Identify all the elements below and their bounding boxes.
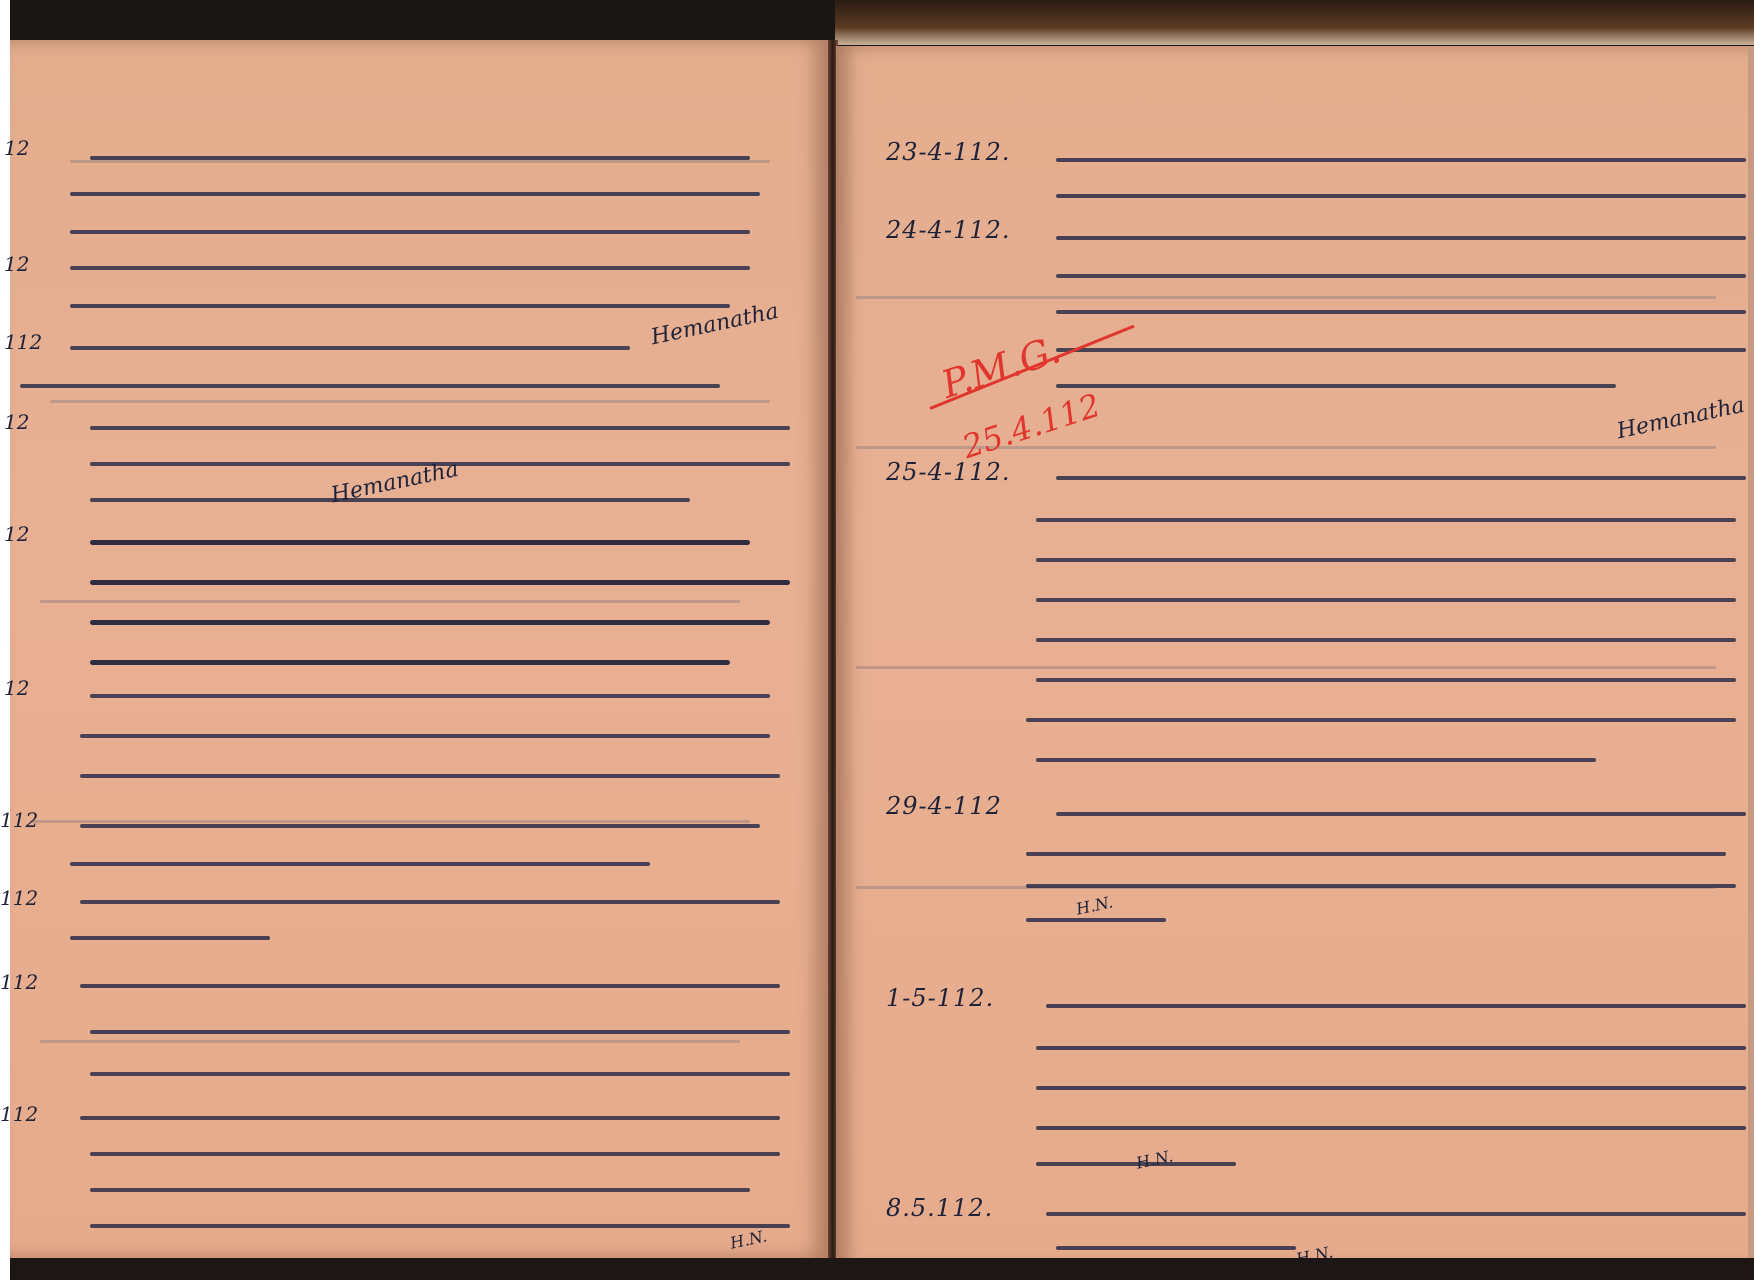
handwritten-line <box>80 774 780 778</box>
margin-mark: 12 <box>4 252 29 276</box>
handwritten-line <box>1036 518 1736 522</box>
handwritten-line <box>1046 1212 1746 1216</box>
entry-date: 24-4-112. <box>886 216 1010 244</box>
handwritten-line <box>1026 918 1166 922</box>
handwritten-line <box>1056 812 1746 816</box>
entry-date: 29-4-112 <box>886 792 1002 820</box>
margin-mark: 112 <box>0 886 38 910</box>
signature: Hemanatha <box>1615 393 1747 444</box>
page-edge <box>1748 46 1754 1268</box>
handwritten-line <box>80 900 780 904</box>
red-pencil-annotation: P.M.G. 25.4.112 <box>930 345 1160 475</box>
handwritten-line <box>1036 758 1596 762</box>
handwritten-line <box>90 498 690 502</box>
handwritten-line <box>90 1224 790 1228</box>
handwritten-line <box>70 230 750 234</box>
handwritten-line <box>80 734 770 738</box>
handwritten-line <box>1026 852 1726 856</box>
bleed-through-line <box>40 1040 740 1043</box>
handwritten-line <box>70 936 270 940</box>
handwritten-line <box>90 580 790 585</box>
handwritten-line <box>90 540 750 545</box>
handwritten-line <box>1056 1246 1296 1250</box>
handwritten-line <box>90 1152 780 1156</box>
handwritten-line <box>1036 1126 1746 1130</box>
handwritten-line <box>1026 884 1736 888</box>
margin-mark: 12 <box>4 522 29 546</box>
handwritten-line <box>1056 274 1746 278</box>
margin-mark: 112 <box>0 808 38 832</box>
handwritten-line <box>70 192 760 196</box>
handwritten-line <box>1056 476 1746 480</box>
handwritten-line <box>90 660 730 665</box>
bleed-through-line <box>50 400 770 403</box>
handwritten-line <box>90 694 770 698</box>
handwritten-line <box>1046 1004 1746 1008</box>
bleed-through-line <box>30 820 750 823</box>
handwritten-line <box>70 862 650 866</box>
handwritten-line <box>20 384 720 388</box>
margin-mark: 112 <box>0 1102 38 1126</box>
bleed-through-line <box>856 666 1716 669</box>
entry-date: 23-4-112. <box>886 138 1010 166</box>
handwritten-line <box>90 1188 750 1192</box>
book-top-edge <box>835 0 1754 45</box>
initials: H.N. <box>728 1226 768 1252</box>
bleed-through-line <box>40 600 740 603</box>
handwritten-line <box>90 620 770 625</box>
handwritten-line <box>1056 194 1746 198</box>
initials: H.N. <box>1134 1146 1174 1172</box>
handwritten-line <box>1036 638 1736 642</box>
initials: H.N. <box>1074 892 1114 918</box>
left-page: 12 12 112 Hemanatha 12 Hemanatha 12 12 1… <box>10 40 830 1258</box>
right-page: 23-4-112. 24-4-112. Hemanatha 25-4-112. … <box>836 46 1754 1268</box>
handwritten-line <box>1056 310 1746 314</box>
handwritten-line <box>1036 598 1736 602</box>
handwritten-line <box>1056 158 1746 162</box>
handwritten-line <box>1036 678 1736 682</box>
handwritten-line <box>90 426 790 430</box>
entry-date: 1-5-112. <box>886 984 994 1012</box>
margin-mark: 112 <box>4 330 42 354</box>
handwritten-line <box>80 1116 780 1120</box>
margin-mark: 112 <box>0 970 38 994</box>
bleed-through-line <box>856 296 1716 299</box>
margin-mark: 12 <box>4 136 29 160</box>
handwritten-line <box>1036 558 1736 562</box>
handwritten-line <box>70 266 750 270</box>
margin-mark: 12 <box>4 676 29 700</box>
handwritten-line <box>1026 718 1736 722</box>
handwritten-line <box>90 156 750 160</box>
scan-bottom-edge <box>10 1258 1754 1280</box>
margin-mark: 12 <box>4 410 29 434</box>
handwritten-line <box>80 984 780 988</box>
handwritten-line <box>1056 236 1746 240</box>
handwritten-line <box>90 1072 790 1076</box>
handwritten-line <box>1036 1086 1746 1090</box>
entry-date: 8.5.112. <box>886 1194 993 1222</box>
handwritten-line <box>70 304 730 308</box>
handwritten-line <box>70 346 630 350</box>
handwritten-line <box>1036 1046 1746 1050</box>
bleed-through-line <box>70 160 770 163</box>
handwritten-line <box>90 1030 790 1034</box>
handwritten-line <box>80 824 760 828</box>
stamp-date: 25.4.112 <box>958 386 1105 466</box>
